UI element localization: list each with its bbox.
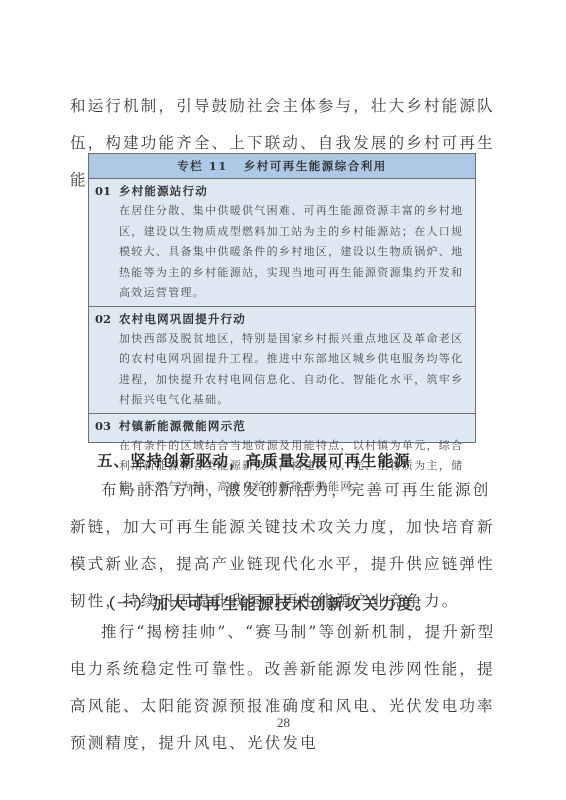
box-section-title: 03村镇新能源微能网示范 — [95, 416, 469, 436]
special-column-box: 专栏 11乡村可再生能源综合利用 01乡村能源站行动 在居住分散、集中供暖供气困… — [88, 153, 476, 443]
box-section-01: 01乡村能源站行动 在居住分散、集中供暖供气困难、可再生能源资源丰富的乡村地区，… — [89, 179, 475, 307]
box-section-body: 加快西部及脱贫地区，特别是国家乡村振兴重点地区及革命老区的农村电网巩固提升工程。… — [95, 329, 469, 411]
section-title-text: 乡村能源站行动 — [119, 184, 208, 198]
section-title-text: 村镇新能源微能网示范 — [119, 419, 246, 433]
box-title: 乡村可再生能源综合利用 — [244, 159, 387, 173]
section-number: 01 — [95, 181, 119, 201]
document-page: 和运行机制，引导鼓励社会主体参与，壮大乡村能源队伍，构建功能齐全、上下联动、自我… — [0, 0, 566, 800]
section-number: 03 — [95, 416, 119, 436]
subsection-paragraph: 推行“揭榜挂帅”、“赛马制”等创新机制，提升新型电力系统稳定性可靠性。改善新能源… — [70, 614, 500, 762]
section-number: 02 — [95, 309, 119, 329]
box-section-title: 01乡村能源站行动 — [95, 181, 469, 201]
section-title-text: 农村电网巩固提升行动 — [119, 312, 246, 326]
box-label: 专栏 11 — [177, 159, 228, 173]
box-section-title: 02农村电网巩固提升行动 — [95, 309, 469, 329]
section-heading: 五、坚持创新驱动，高质量发展可再生能源 — [97, 449, 411, 471]
box-section-02: 02农村电网巩固提升行动 加快西部及脱贫地区，特别是国家乡村振兴重点地区及革命老… — [89, 307, 475, 414]
subsection-heading: （一）加大可再生能源技术创新攻关力度。 — [100, 592, 433, 614]
page-number: 28 — [277, 715, 290, 731]
box-header: 专栏 11乡村可再生能源综合利用 — [89, 154, 475, 179]
box-section-body: 在居住分散、集中供暖供气困难、可再生能源资源丰富的乡村地区，建设以生物质成型燃料… — [95, 201, 469, 304]
